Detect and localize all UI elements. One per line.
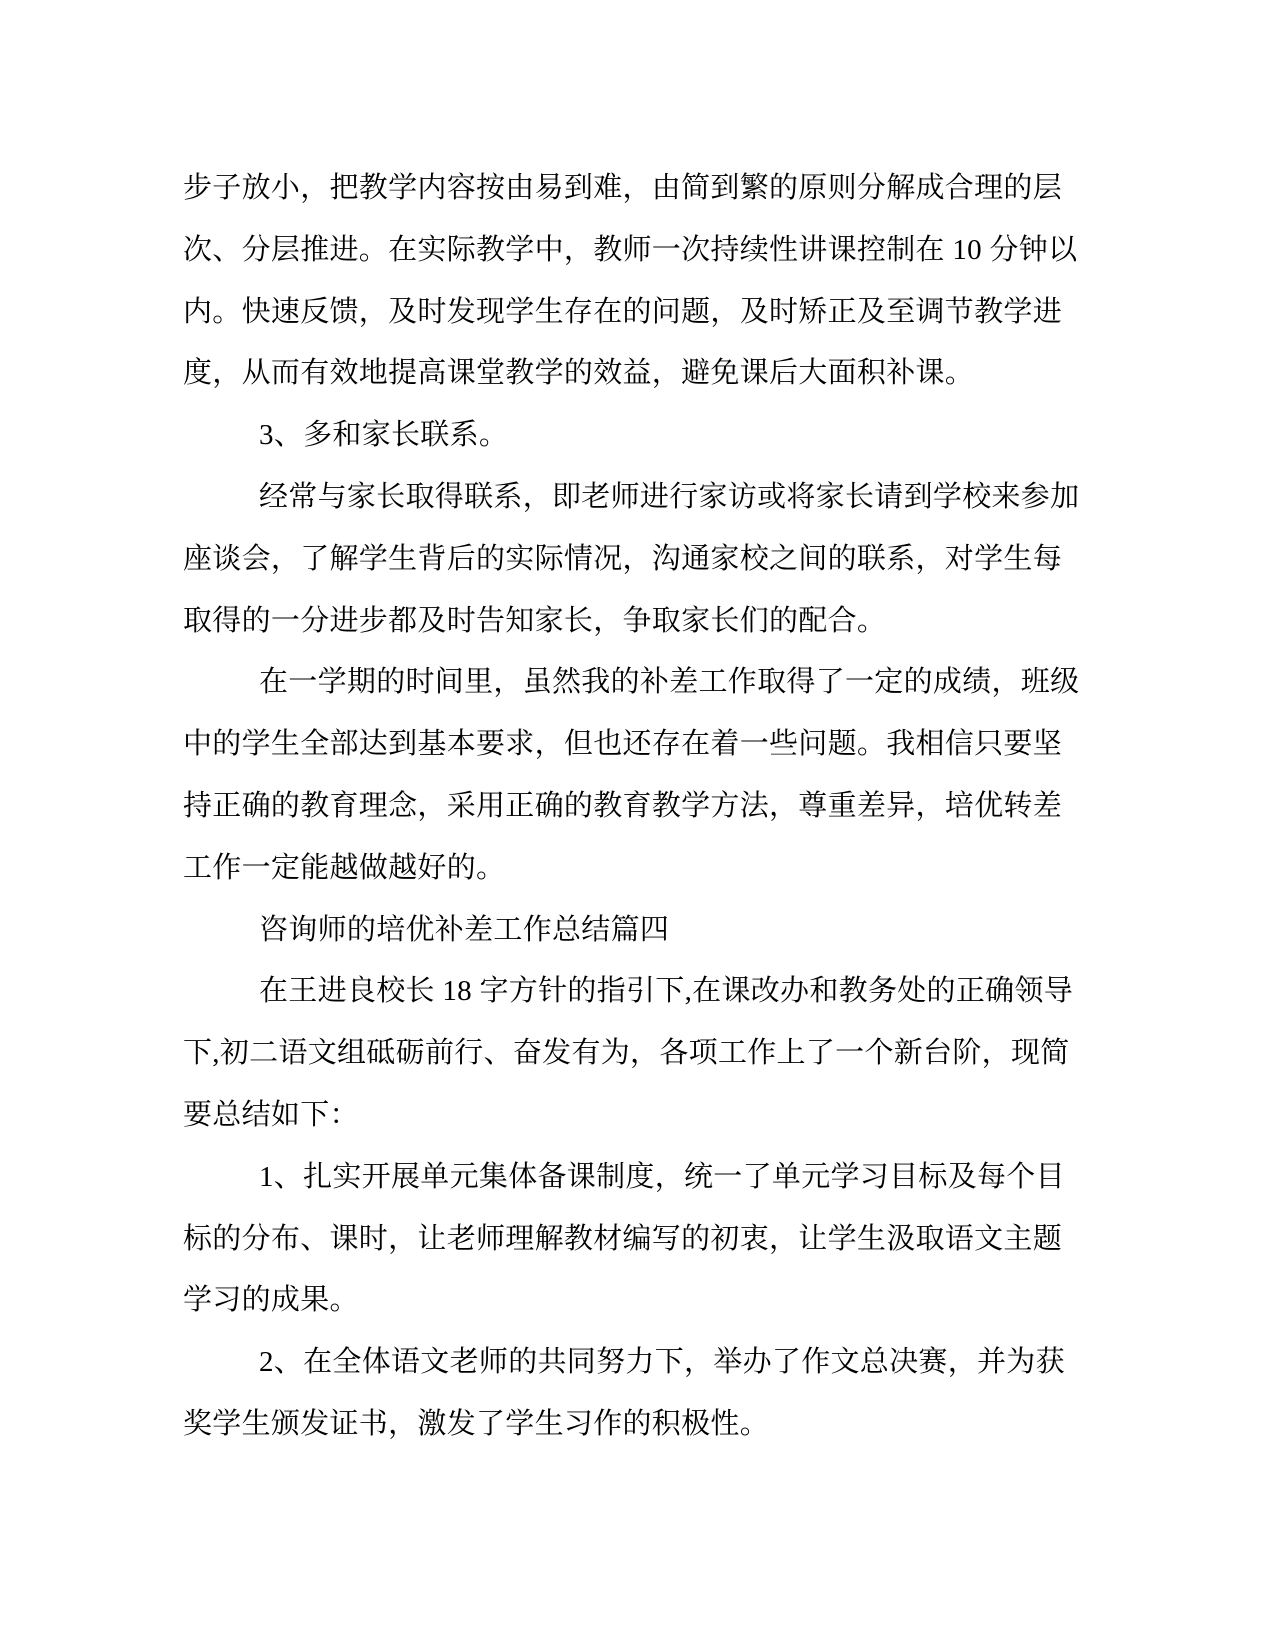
text-line: 内。快速反馈，及时发现学生存在的问题，及时矫正及至调节教学进 bbox=[183, 282, 1098, 344]
text-line: 步子放小，把教学内容按由易到难，由简到繁的原则分解成合理的层 bbox=[183, 158, 1098, 220]
text-line: 次、分层推进。在实际教学中，教师一次持续性讲课控制在 10 分钟以 bbox=[183, 220, 1098, 282]
text-line: 在一学期的时间里，虽然我的补差工作取得了一定的成绩，班级 bbox=[183, 652, 1098, 714]
text-line: 经常与家长取得联系，即老师进行家访或将家长请到学校来参加 bbox=[183, 467, 1098, 529]
text-line: 度，从而有效地提高课堂教学的效益，避免课后大面积补课。 bbox=[183, 343, 1098, 405]
text-line: 座谈会，了解学生背后的实际情况，沟通家校之间的联系，对学生每 bbox=[183, 529, 1098, 591]
text-line: 持正确的教育理念，采用正确的教育教学方法，尊重差异，培优转差 bbox=[183, 776, 1098, 838]
text-line: 咨询师的培优补差工作总结篇四 bbox=[183, 900, 1098, 962]
document-text-block: 步子放小，把教学内容按由易到难，由简到繁的原则分解成合理的层次、分层推进。在实际… bbox=[183, 158, 1098, 1456]
document-page: 步子放小，把教学内容按由易到难，由简到繁的原则分解成合理的层次、分层推进。在实际… bbox=[0, 0, 1275, 1650]
text-line: 中的学生全部达到基本要求，但也还存在着一些问题。我相信只要坚 bbox=[183, 714, 1098, 776]
text-line: 取得的一分进步都及时告知家长，争取家长们的配合。 bbox=[183, 591, 1098, 653]
text-line: 1、扎实开展单元集体备课制度，统一了单元学习目标及每个目 bbox=[183, 1147, 1098, 1209]
text-line: 3、多和家长联系。 bbox=[183, 405, 1098, 467]
text-line: 2、在全体语文老师的共同努力下，举办了作文总决赛，并为获 bbox=[183, 1332, 1098, 1394]
text-line: 奖学生颁发证书，激发了学生习作的积极性。 bbox=[183, 1394, 1098, 1456]
text-line: 工作一定能越做越好的。 bbox=[183, 838, 1098, 900]
text-line: 下,初二语文组砥砺前行、奋发有为，各项工作上了一个新台阶，现简 bbox=[183, 1023, 1098, 1085]
text-line: 学习的成果。 bbox=[183, 1270, 1098, 1332]
text-line: 在王进良校长 18 字方针的指引下,在课改办和教务处的正确领导 bbox=[183, 961, 1098, 1023]
text-line: 要总结如下： bbox=[183, 1085, 1098, 1147]
text-line: 标的分布、课时，让老师理解教材编写的初衷，让学生汲取语文主题 bbox=[183, 1209, 1098, 1271]
